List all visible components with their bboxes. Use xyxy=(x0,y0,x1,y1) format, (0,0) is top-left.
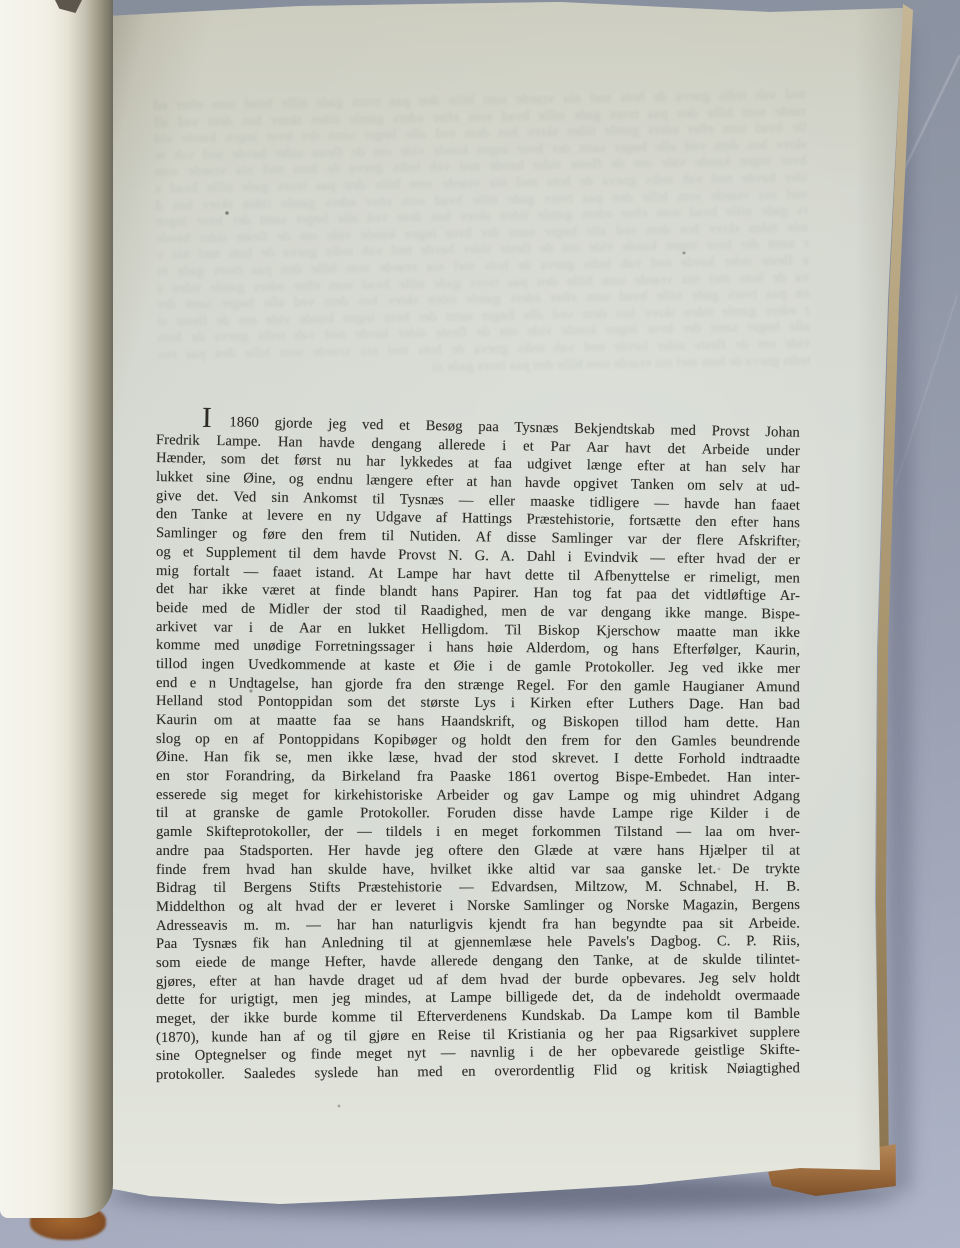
text-line: andre paa Stadsporten. Her havde jeg oft… xyxy=(156,841,800,860)
photo-of-book-page: ned vah tedis gneva de hots mel nia vrae… xyxy=(0,0,960,1248)
body-text: I 1860 gjorde jeg ved et Besøg paa Tysnæ… xyxy=(156,412,800,1085)
text-line: Bidrag til Bergens Stifts Præstehistorie… xyxy=(156,878,800,898)
ink-bleedthrough: ned vah tedis gneva de hots mel nia vrae… xyxy=(154,86,811,379)
book-page: ned vah tedis gneva de hots mel nia vrae… xyxy=(98,0,912,1212)
text-line: Middelthon og alt hvad der er leveret i … xyxy=(156,896,800,917)
text-line: finde frem hvad han skulde have, hvilket… xyxy=(156,860,800,880)
text-line: Øine. Han fik se, men ikke læse, hvad de… xyxy=(156,748,800,769)
drop-initial: I xyxy=(202,402,214,434)
text-line: til at granske de gamle Protokoller. For… xyxy=(156,804,800,823)
text-line: esserede sig meget for kirkehistoriske A… xyxy=(156,786,800,806)
text-line: en stor Forandring, da Birkeland fra Paa… xyxy=(156,767,800,787)
facing-page-edge xyxy=(0,0,113,1218)
text-line: gamle Skifteprotokoller, der — tildels i… xyxy=(156,823,800,842)
